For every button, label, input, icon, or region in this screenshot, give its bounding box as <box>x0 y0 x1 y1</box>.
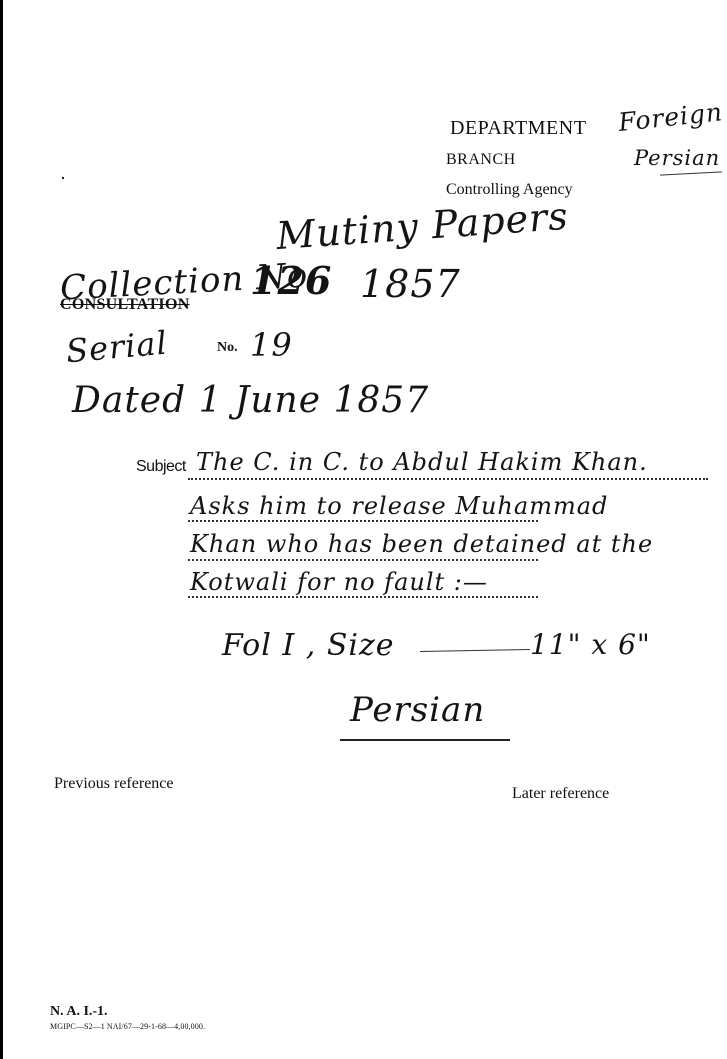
collection-year: 1857 <box>360 262 461 306</box>
subject-line: Khan who has been detained at the <box>190 530 653 558</box>
form-number: N. A. I.-1. <box>50 1004 108 1020</box>
branch-label: BRANCH <box>446 151 516 169</box>
subject-line: Asks him to release Muhammad <box>190 492 608 520</box>
scan-border <box>0 0 3 1059</box>
previous-reference-label: Previous reference <box>54 775 174 793</box>
subject-dotted-line <box>188 559 538 561</box>
serial-value: 19 <box>250 326 293 364</box>
size-dash <box>420 649 530 652</box>
subject-dotted-line <box>188 478 708 480</box>
collection-number: 126 <box>250 258 332 303</box>
language-underline <box>340 739 510 741</box>
later-reference-label: Later reference <box>512 785 609 803</box>
subject-line: The C. in C. to Abdul Hakim Khan. <box>196 448 648 476</box>
department-value: Foreign <box>617 97 724 137</box>
folio-size-label: Fol I , Size <box>222 628 395 663</box>
consultation-label-struck: CONSULTATION <box>60 296 190 314</box>
language: Persian <box>350 690 485 730</box>
size-value: 11" x 6" <box>530 628 651 661</box>
branch-flourish <box>660 171 722 175</box>
subject-dotted-line <box>188 596 538 598</box>
subject-dotted-line <box>188 520 538 522</box>
branch-value: Persian <box>634 146 720 170</box>
date-line: Dated 1 June 1857 <box>72 380 429 421</box>
print-code: MGIPC—S2—1 NAI/67—29-1-68—4,00,000. <box>50 1022 205 1031</box>
serial-no-label: No. <box>217 340 238 356</box>
subject-line: Kotwali for no fault :— <box>190 568 488 596</box>
scan-speck <box>62 177 64 179</box>
subject-label: Subject <box>136 458 186 476</box>
collection-title: Mutiny Papers <box>275 194 570 258</box>
serial-label: Serial <box>65 324 170 371</box>
department-label: DEPARTMENT <box>450 117 586 140</box>
